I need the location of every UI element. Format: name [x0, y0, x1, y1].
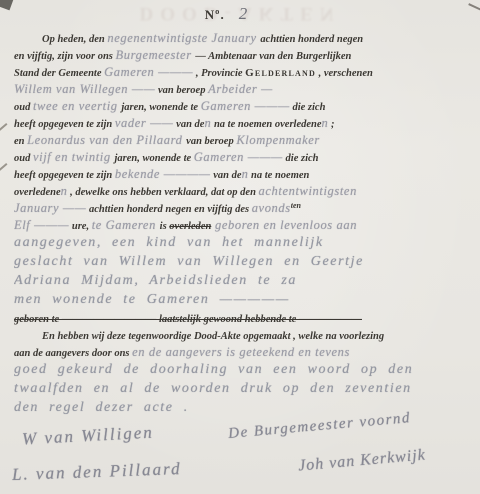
handwritten-text: Leonardus van den Pillaard	[27, 133, 186, 147]
handwritten-text: Burgemeester	[116, 48, 196, 62]
handwritten-text: geboren en levenloos aan	[211, 218, 357, 232]
document-line: en vijftig, zijn voor ons Burgemeester —…	[14, 46, 472, 63]
printed-text: heeft opgegeven te zijn	[14, 119, 115, 130]
act-number-label: Nº.	[205, 7, 225, 22]
printed-text: van beroep	[155, 85, 208, 96]
document-line: oud twee en veertig jaren, wonende te Ga…	[14, 97, 472, 114]
handwritten-text: avonds	[252, 201, 291, 215]
handwritten-text: twee en veertig	[33, 99, 121, 113]
printed-text: oud	[14, 102, 33, 113]
scan-edge-mark	[468, 3, 480, 11]
printed-text: Op heden, den	[42, 34, 107, 45]
document-line: heeft opgegeven te zijn vader —— van den…	[14, 114, 472, 131]
act-number-value: 2	[229, 4, 248, 23]
printed-text: van de	[174, 119, 205, 130]
handwritten-text: Adriana Mijdam, Arbeidslieden te za	[14, 273, 297, 288]
document-line: geboren te ————————— laatstelijk gewoond…	[14, 309, 472, 326]
handwritten-text: aangegeven, een kind van het mannelijk	[14, 235, 324, 250]
binding-edge-mark	[0, 123, 7, 131]
document-line: En hebben wij deze tegenwoordige Dood-Ak…	[14, 326, 472, 343]
printed-text: is	[160, 221, 170, 232]
document-line: men wonende te Gameren —————	[14, 290, 472, 309]
printed-text: en	[14, 136, 27, 147]
printed-text: na te noemen overledene	[211, 119, 321, 130]
printed-text: ten	[291, 201, 301, 210]
printed-text: oud	[14, 153, 33, 164]
document-line: Willem van Willegen —— van beroep Arbeid…	[14, 80, 472, 97]
handwritten-text: en de aangevers is geteekend en tevens	[132, 345, 350, 359]
printed-text: heeft opgegeven te zijn	[14, 170, 115, 181]
document-line: oud vijf en twintig jaren, wonende te Ga…	[14, 148, 472, 165]
handwritten-text: vader ——	[115, 116, 174, 130]
scanned-death-certificate: DOOD-AKTEN Nº. 2 Op heden, den negenentw…	[0, 0, 480, 494]
document-line: Stand der Gemeente Gameren ——— , Provinc…	[14, 63, 472, 80]
printed-text: — Ambtenaar van den Burgerlijken	[195, 51, 351, 62]
document-line: en Leonardus van den Pillaard van beroep…	[14, 131, 472, 148]
handwritten-text: Arbeider —	[208, 82, 273, 96]
printed-text: en vijftig, zijn voor ons	[14, 51, 116, 62]
handwritten-text: negenentwintigste January	[107, 31, 260, 45]
printed-text: overleden	[169, 221, 211, 232]
handwritten-text: Elf ———	[14, 218, 69, 232]
printed-text: ;	[328, 119, 334, 130]
handwritten-text: den regel dezer acte .	[14, 400, 189, 415]
document-line: goed gekeurd de doorhaling van een woord…	[14, 360, 472, 379]
printed-text: En hebben wij deze tegenwoordige Dood-Ak…	[42, 331, 384, 342]
handwritten-text: Gameren ———	[194, 150, 283, 164]
printed-text: jaren, wonende te	[121, 102, 200, 113]
handwritten-text: Gameren ———	[104, 65, 193, 79]
binding-edge-mark	[0, 163, 7, 171]
document-line: heeft opgegeven te zijn bekende ———— van…	[14, 165, 472, 182]
printed-text: Stand der Gemeente	[14, 68, 104, 79]
signature-burgemeester: Joh van Kerkwijk	[297, 446, 426, 475]
printed-text: , dewelke ons hebben verklaard, dat op d…	[68, 187, 259, 198]
handwritten-text: achtentwintigsten	[259, 184, 357, 198]
document-line: twaalfden en al de woorden druk op den z…	[14, 379, 472, 398]
printed-text: die zich	[283, 153, 319, 164]
handwritten-text: geslacht van Willem van Willegen en Geer…	[14, 254, 364, 269]
document-line: Op heden, den negenentwintigste January …	[14, 29, 472, 46]
printed-text: achttien honderd negen	[260, 34, 363, 45]
document-line: overledenen , dewelke ons hebben verklaa…	[14, 182, 472, 199]
signature-declarant-1: W van Willigen	[22, 423, 155, 450]
handwritten-text: men wonende te Gameren —————	[14, 292, 290, 307]
handwritten-text: twaalfden en al de woorden druk op den z…	[14, 381, 412, 396]
printed-text: jaren, wonende te	[114, 153, 193, 164]
act-number: Nº. 2	[0, 4, 452, 24]
printed-text: achttien honderd negen en vijftig des	[86, 204, 251, 215]
handwritten-text: vijf en twintig	[33, 150, 114, 164]
document-line: Adriana Mijdam, Arbeidslieden te za	[14, 271, 472, 290]
document-body: Op heden, den negenentwintigste January …	[14, 29, 472, 417]
document-line: aan de aangevers door ons en de aangever…	[14, 343, 472, 360]
handwritten-text: Klompenmaker	[236, 133, 320, 147]
document-line: aangegeven, een kind van het mannelijk	[14, 233, 472, 252]
printed-text: , verschenen	[316, 68, 373, 79]
printed-text: aan de aangevers door ons	[14, 348, 132, 359]
printed-text: na te noemen	[248, 170, 309, 181]
printed-text: die zich	[290, 102, 326, 113]
printed-text: van de	[211, 170, 242, 181]
document-line: January —— achttien honderd negen en vij…	[14, 199, 472, 216]
printed-text: geboren te ————————— laatstelijk gewoond…	[14, 314, 362, 325]
handwritten-text: te Gameren	[92, 218, 160, 232]
handwritten-text: n	[61, 184, 68, 198]
printed-text: ure,	[69, 221, 91, 232]
printed-text: Gelderland	[245, 67, 316, 79]
handwritten-text: goed gekeurd de doorhaling van een woord…	[14, 362, 413, 377]
signature-declarant-2: L. van den Pillaard	[12, 459, 182, 485]
printed-text: van beroep	[186, 136, 236, 147]
handwritten-text: Willem van Willegen ——	[14, 82, 155, 96]
document-line: Elf ——— ure, te Gameren is overleden geb…	[14, 216, 472, 233]
printed-text: overledene	[14, 187, 61, 198]
handwritten-text: bekende ————	[115, 167, 211, 181]
handwritten-text: Gameren ———	[201, 99, 290, 113]
handwritten-text: January ——	[14, 201, 86, 215]
printed-text: , Provincie	[193, 68, 245, 79]
document-line: geslacht van Willem van Willegen en Geer…	[14, 252, 472, 271]
